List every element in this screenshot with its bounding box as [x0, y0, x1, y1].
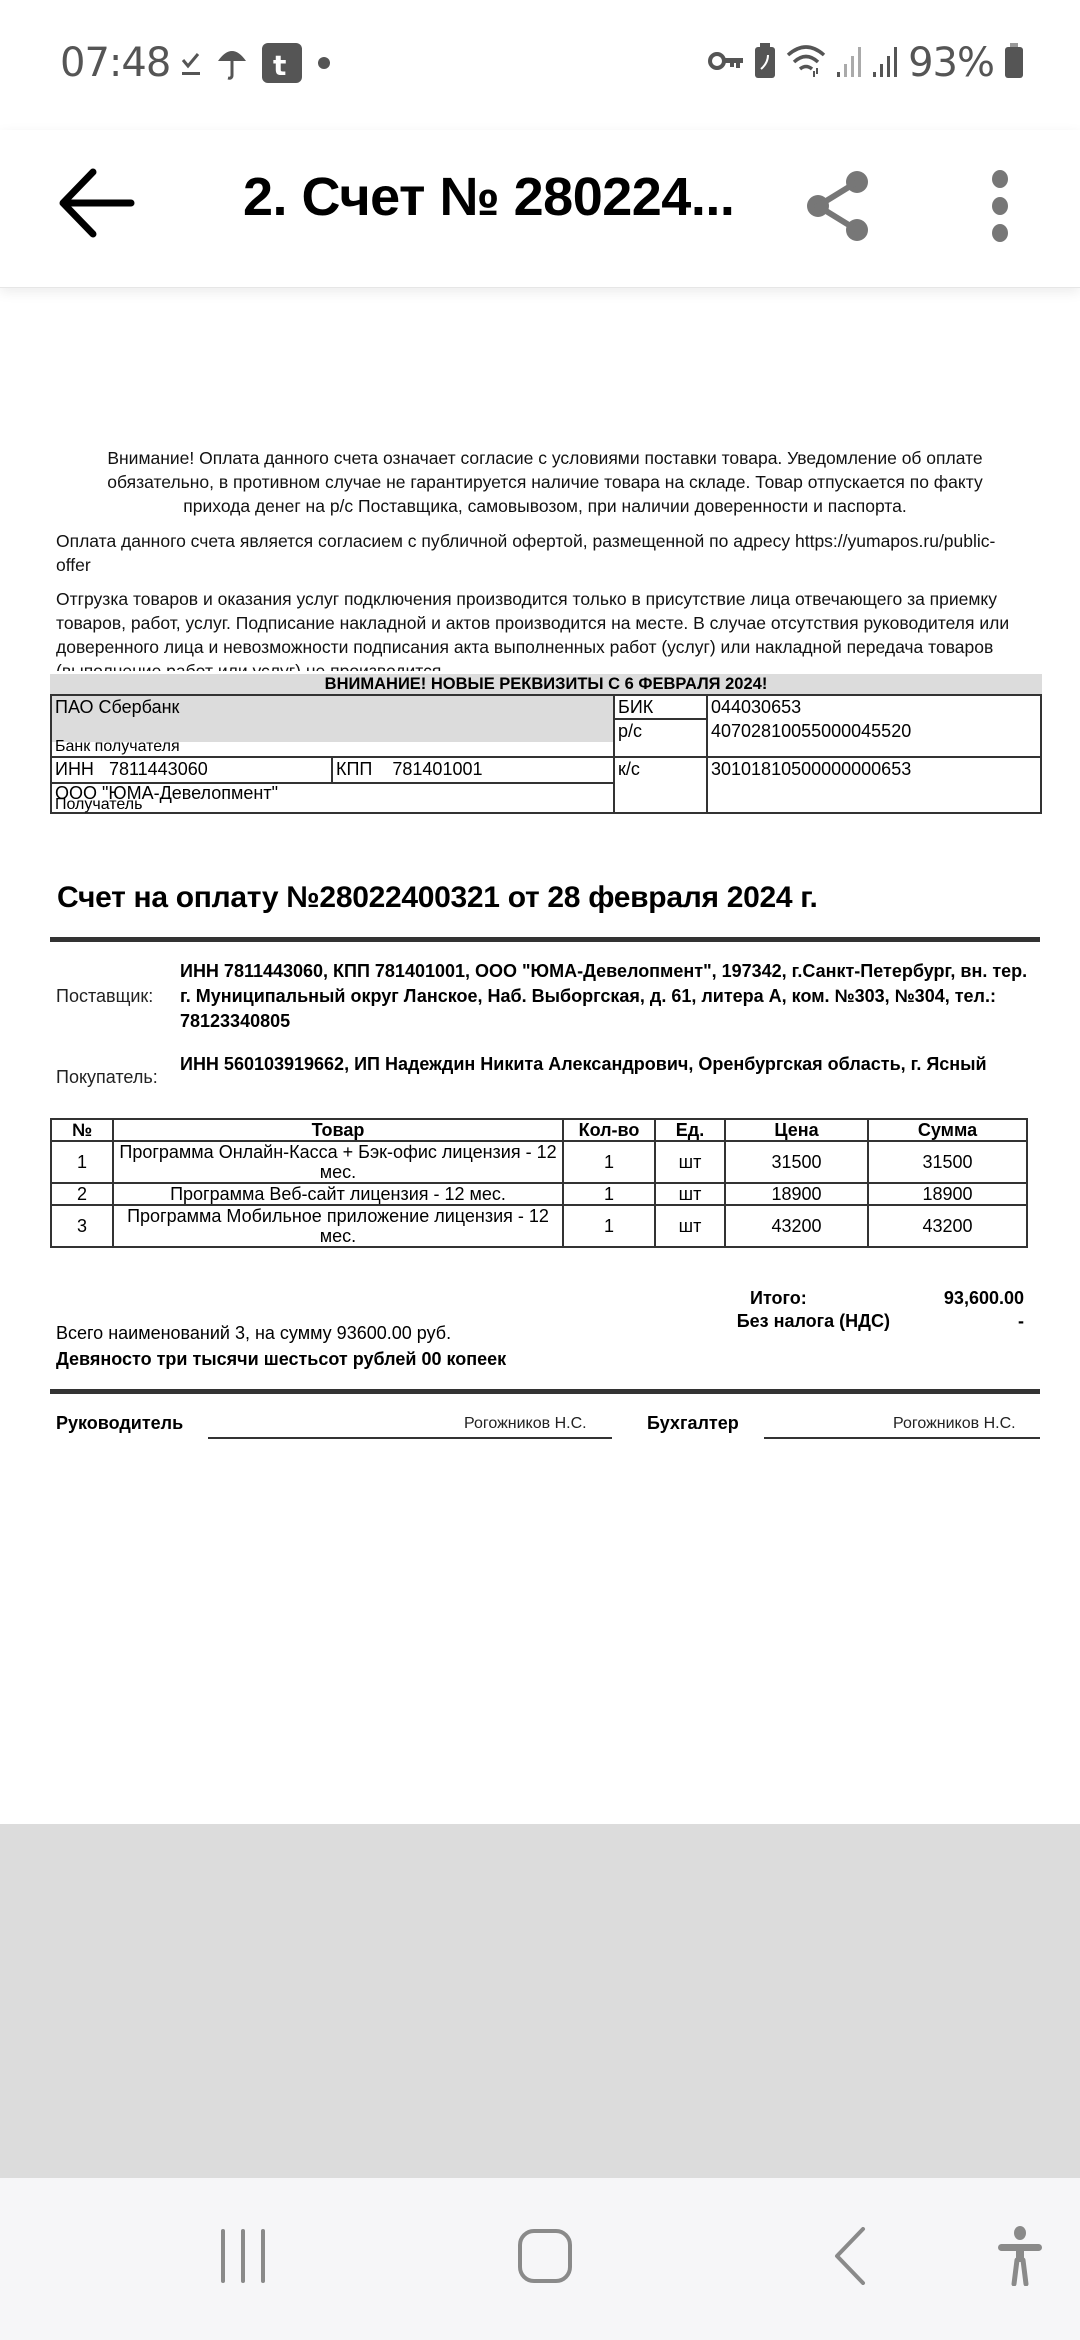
item-number: 3 — [51, 1205, 113, 1247]
battery-icon — [1004, 43, 1024, 84]
item-product: Программа Мобильное приложение лицензия … — [113, 1205, 563, 1247]
buyer-text: ИНН 560103919662, ИП Надеждин Никита Але… — [180, 1052, 1036, 1077]
share-icon — [805, 170, 871, 247]
share-button[interactable] — [793, 158, 883, 258]
public-offer-notice: Оплата данного счета является согласием … — [56, 529, 1026, 577]
supplier-text: ИНН 7811443060, КПП 781401001, ООО "ЮМА-… — [180, 959, 1036, 1034]
back-icon — [833, 2227, 867, 2290]
col-price: Цена — [725, 1119, 868, 1141]
more-vertical-icon — [988, 169, 1012, 248]
requisites-banner: ВНИМАНИЕ! НОВЫЕ РЕКВИЗИТЫ С 6 ФЕВРАЛЯ 20… — [50, 674, 1042, 694]
kpp-label: КПП 781401001 — [333, 758, 483, 780]
items-header-row: № Товар Кол-во Ед. Цена Сумма — [51, 1119, 1027, 1141]
title-divider — [50, 937, 1040, 942]
col-number: № — [51, 1119, 113, 1141]
bik-value: 044030653 — [708, 696, 801, 718]
item-qty: 1 — [563, 1141, 655, 1183]
battery-percent: 93% — [908, 40, 994, 86]
svg-text:t: t — [273, 49, 286, 82]
app-bar: 2. Счет № 280224... — [0, 130, 1080, 288]
recent-apps-icon — [218, 2229, 268, 2288]
item-product: Программа Онлайн-Касса + Бэк-офис лиценз… — [113, 1141, 563, 1183]
item-price: 43200 — [725, 1205, 868, 1247]
director-name: Рогожников Н.С. — [464, 1415, 587, 1433]
document-viewer[interactable]: Внимание! Оплата данного счета означает … — [0, 288, 1080, 2178]
signature-divider — [50, 1389, 1040, 1394]
item-sum: 31500 — [868, 1141, 1027, 1183]
signal-2-icon — [872, 44, 898, 83]
accessibility-button[interactable] — [975, 2218, 1065, 2298]
shipping-notice: Отгрузка товаров и оказания услуг подклю… — [56, 587, 1026, 671]
payment-notice: Внимание! Оплата данного счета означает … — [50, 446, 1040, 518]
director-label: Руководитель — [56, 1413, 183, 1434]
back-button[interactable] — [52, 160, 142, 250]
download-done-icon — [180, 48, 202, 83]
item-price: 18900 — [725, 1183, 868, 1205]
dot-icon — [316, 55, 332, 76]
accountant-name: Рогожников Н.С. — [893, 1415, 1016, 1433]
rs-value: 40702810055000045520 — [708, 720, 911, 742]
tuya-app-icon: t — [262, 43, 302, 88]
item-product: Программа Веб-сайт лицензия - 12 мес. — [113, 1183, 563, 1205]
accountant-label: Бухгалтер — [647, 1413, 739, 1434]
status-time: 07:48 — [60, 40, 170, 86]
ks-label: к/с — [615, 758, 640, 780]
buyer-block: Покупатель: ИНН 560103919662, ИП Надежди… — [56, 1052, 1036, 1102]
status-bar: 07:48 t 93% — [0, 0, 1080, 130]
accessibility-icon — [996, 2226, 1044, 2291]
system-back-button[interactable] — [805, 2218, 895, 2298]
bank-requisites: ВНИМАНИЕ! НОВЫЕ РЕКВИЗИТЫ С 6 ФЕВРАЛЯ 20… — [50, 674, 1042, 814]
item-number: 1 — [51, 1141, 113, 1183]
bank-name: ПАО Сбербанк — [52, 696, 179, 718]
signal-1-icon — [836, 44, 862, 83]
item-unit: шт — [655, 1205, 725, 1247]
items-table: № Товар Кол-во Ед. Цена Сумма 1Программа… — [50, 1118, 1028, 1248]
wifi-icon — [786, 43, 826, 84]
bank-details-grid: ПАО Сбербанк Банк получателя БИК 0440306… — [50, 694, 1042, 814]
document-page: Внимание! Оплата данного счета означает … — [0, 288, 1080, 1824]
bik-label: БИК — [615, 696, 653, 718]
item-sum: 43200 — [868, 1205, 1027, 1247]
inn-value: 7811443060 — [109, 759, 208, 779]
total-value: 93,600.00 — [944, 1288, 1024, 1309]
notification-icons: t — [180, 45, 332, 85]
recent-apps-button[interactable] — [198, 2218, 288, 2298]
col-qty: Кол-во — [563, 1119, 655, 1141]
col-product: Товар — [113, 1119, 563, 1141]
item-qty: 1 — [563, 1183, 655, 1205]
document-title: 2. Счет № 280224... — [243, 166, 734, 228]
navigation-bar — [0, 2178, 1080, 2340]
home-button[interactable] — [500, 2218, 590, 2298]
home-icon — [517, 2228, 573, 2289]
more-options-button[interactable] — [960, 158, 1040, 258]
summary-words: Девяносто три тысячи шестьсот рублей 00 … — [56, 1349, 506, 1370]
accountant-signature-line — [764, 1437, 1040, 1439]
battery-saver-icon — [754, 43, 776, 84]
ks-value: 30101810500000000653 — [708, 758, 911, 780]
bank-label: Банк получателя — [52, 736, 180, 758]
buyer-label: Покупатель: — [56, 1065, 158, 1090]
invoice-title: Счет на оплату №28022400321 от 28 феврал… — [57, 881, 818, 915]
arrow-left-icon — [59, 168, 135, 243]
system-status: 93% — [708, 40, 1024, 86]
vat-label: Без налога (НДС) — [737, 1311, 890, 1332]
item-unit: шт — [655, 1141, 725, 1183]
umbrella-icon — [216, 45, 248, 86]
vpn-key-icon — [708, 49, 744, 78]
inn-label: ИНН 7811443060 — [52, 758, 208, 780]
col-sum: Сумма — [868, 1119, 1027, 1141]
director-signature-line — [208, 1437, 612, 1439]
supplier-label: Поставщик: — [56, 984, 153, 1009]
col-unit: Ед. — [655, 1119, 725, 1141]
table-row: 3Программа Мобильное приложение лицензия… — [51, 1205, 1027, 1247]
total-label: Итого: — [750, 1288, 807, 1309]
item-sum: 18900 — [868, 1183, 1027, 1205]
table-row: 1Программа Онлайн-Касса + Бэк-офис лицен… — [51, 1141, 1027, 1183]
item-qty: 1 — [563, 1205, 655, 1247]
supplier-block: Поставщик: ИНН 7811443060, КПП 781401001… — [56, 959, 1036, 1034]
rs-label: р/с — [615, 720, 642, 742]
table-row: 2Программа Веб-сайт лицензия - 12 мес.1ш… — [51, 1183, 1027, 1205]
recipient-label: Получатель — [52, 794, 142, 816]
item-number: 2 — [51, 1183, 113, 1205]
kpp-value: 781401001 — [392, 759, 482, 779]
vat-value: - — [1018, 1311, 1024, 1332]
item-unit: шт — [655, 1183, 725, 1205]
item-price: 31500 — [725, 1141, 868, 1183]
summary-line: Всего наименований 3, на сумму 93600.00 … — [56, 1323, 451, 1344]
